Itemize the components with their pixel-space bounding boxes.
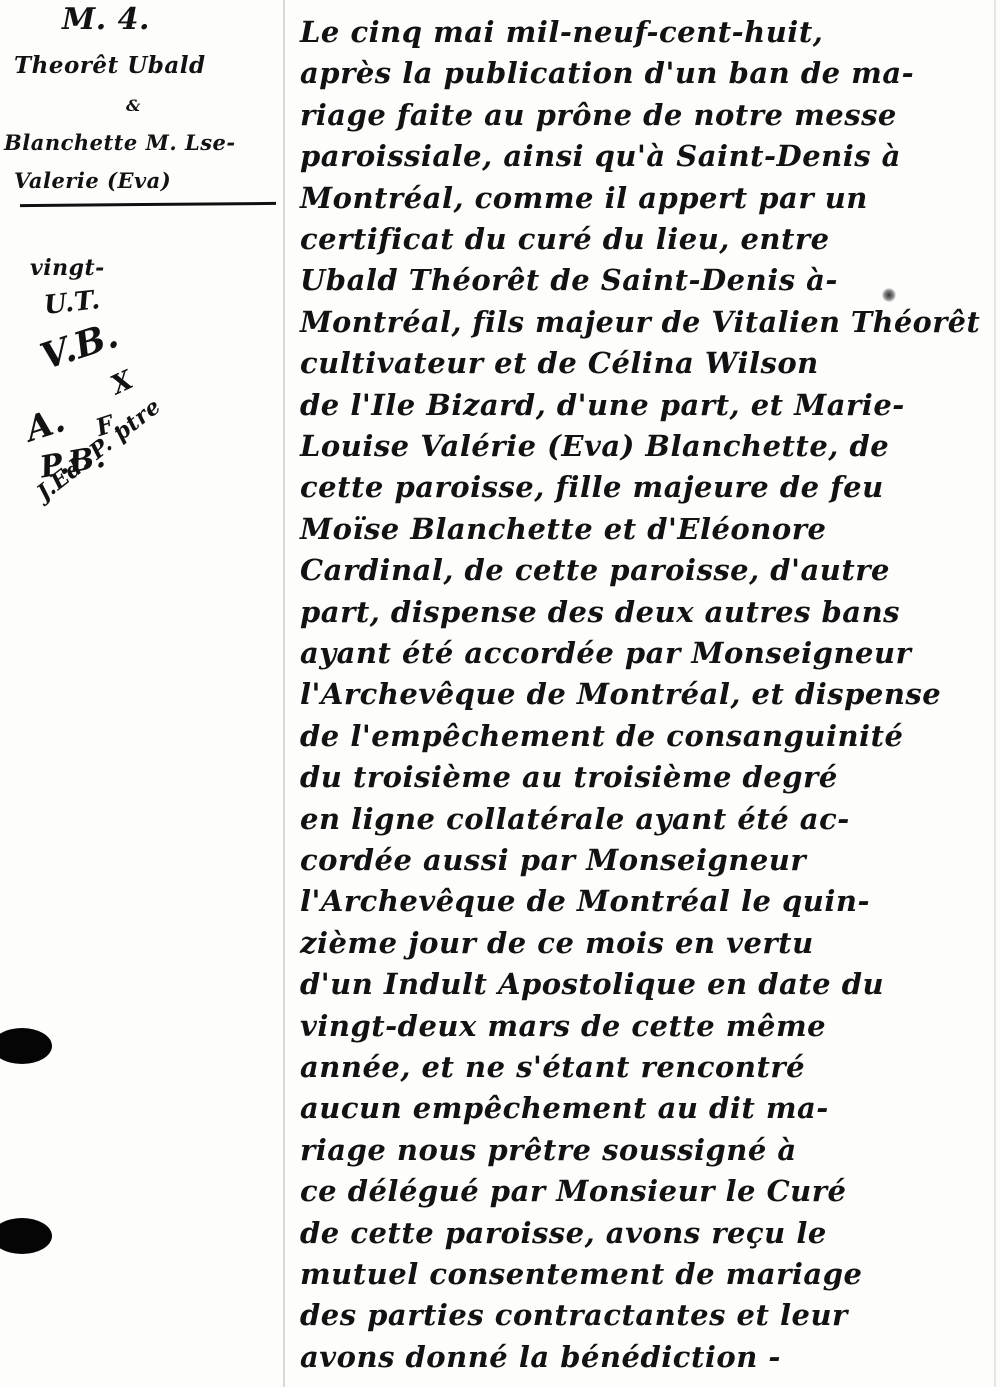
body-line: certificat du curé du lieu, entre (300, 219, 830, 259)
body-line: du troisième au troisième degré (300, 757, 838, 797)
margin-column: M. 4. Theorêt Ubald & Blanchette M. Lse-… (0, 0, 283, 1387)
binding-hole-icon (0, 1218, 52, 1254)
body-line: cordée aussi par Monseigneur (300, 840, 806, 880)
body-line: riage faite au prône de notre messe (300, 95, 897, 135)
body-line: cultivateur et de Célina Wilson (300, 343, 819, 383)
binding-hole-icon (0, 1028, 52, 1064)
body-line: après la publication d'un ban de ma- (300, 53, 914, 93)
ink-blot-icon (882, 288, 896, 302)
body-line: mutuel consentement de mariage (300, 1254, 862, 1294)
body-line: de l'empêchement de consanguinité (300, 716, 903, 756)
body-line: ayant été accordée par Monseigneur (300, 633, 911, 673)
groom-initials: U.T. (43, 285, 102, 321)
body-line: part, dispense des deux autres bans (300, 592, 900, 632)
body-line: de l'Ile Bizard, d'une part, et Marie- (300, 385, 905, 425)
register-page: M. 4. Theorêt Ubald & Blanchette M. Lse-… (0, 0, 1000, 1387)
margin-bride-name-line2: Valerie (Eva) (14, 168, 171, 193)
body-line: année, et ne s'étant rencontré (300, 1047, 805, 1087)
body-line: Montréal, fils majeur de Vitalien Théorê… (300, 302, 980, 342)
body-line: de cette paroisse, avons reçu le (300, 1213, 827, 1253)
margin-underline (20, 202, 276, 207)
body-line: l'Archevêque de Montréal le quin- (300, 881, 870, 921)
page-edge (994, 0, 996, 1387)
body-line: aucun empêchement au dit ma- (300, 1088, 829, 1128)
body-line: Le cinq mai mil-neuf-cent-huit, (300, 12, 823, 52)
body-line: ce délégué par Monsieur le Curé (300, 1171, 847, 1211)
body-line: des parties contractantes et leur (300, 1295, 848, 1335)
bride-initials: V.B. (35, 314, 123, 378)
body-line: cette paroisse, fille majeure de feu (300, 467, 884, 507)
body-line: Montréal, comme il appert par un (300, 178, 868, 218)
entry-number: M. 4. (62, 2, 150, 37)
body-line: Cardinal, de cette paroisse, d'autre (300, 550, 890, 590)
body-line: paroissiale, ainsi qu'à Saint-Denis à (300, 136, 901, 176)
body-line: riage nous prêtre soussigné à (300, 1130, 797, 1170)
body-line: Moïse Blanchette et d'Eléonore (300, 509, 826, 549)
body-line: avons donné la bénédiction - (300, 1337, 781, 1377)
body-line: zième jour de ce mois en vertu (300, 923, 814, 963)
margin-bride-name-line1: Blanchette M. Lse- (4, 130, 236, 155)
margin-rule (283, 0, 285, 1387)
body-line: Louise Valérie (Eva) Blanchette, de (300, 426, 889, 466)
margin-groom-name: Theorêt Ubald (14, 52, 206, 79)
witness-mark: X (107, 365, 138, 401)
witness-initials-a: A. (21, 400, 71, 450)
body-line: vingt-deux mars de cette même (300, 1006, 826, 1046)
margin-number-word: vingt- (30, 255, 105, 281)
margin-conjunction: & (126, 96, 141, 115)
body-line: d'un Indult Apostolique en date du (300, 964, 884, 1004)
body-line: l'Archevêque de Montréal, et dispense (300, 674, 941, 714)
body-line: en ligne collatérale ayant été ac- (300, 799, 850, 839)
body-line: Ubald Théorêt de Saint-Denis à- (300, 260, 838, 300)
